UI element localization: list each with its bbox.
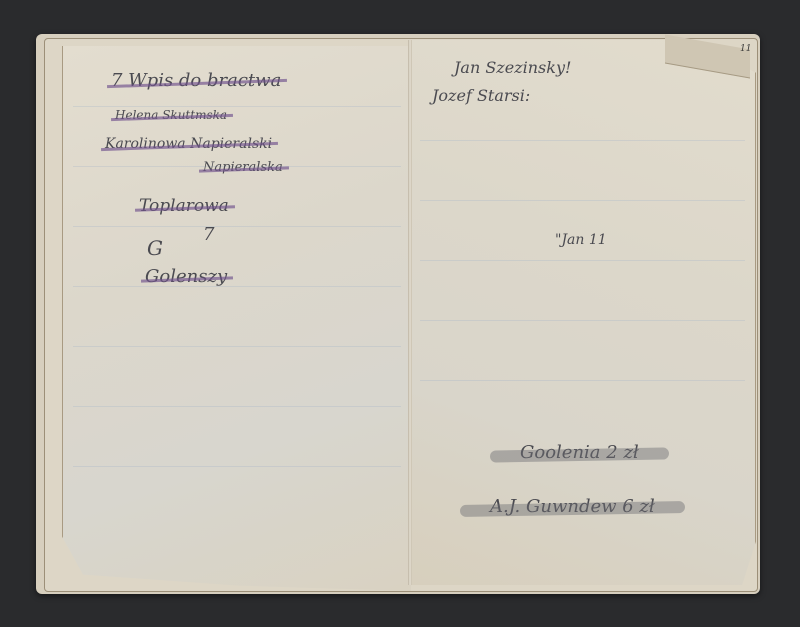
handwritten-line: "Jan 11: [555, 232, 607, 248]
handwritten-line: 7 Wpis do bractwa: [111, 70, 281, 91]
handwritten-line: Karolinowa Napieralski: [105, 136, 272, 152]
handwritten-line: Jozef Starsi:: [432, 86, 530, 105]
handwritten-line: A.J. Guwndew 6 zł: [490, 496, 655, 517]
handwritten-line: Helena Skuttmska: [115, 108, 227, 122]
page-number: 11: [740, 44, 751, 54]
handwritten-line: Goolenia 2 zł: [520, 442, 639, 463]
handwritten-line: Golenszy: [145, 266, 227, 287]
right-page: Jan Szezinsky! Jozef Starsi: "Jan 11 Goo…: [410, 40, 756, 585]
handwritten-line: Napieralska: [203, 160, 283, 175]
handwritten-line: 7: [203, 224, 214, 245]
book-spine-fold: [408, 40, 412, 585]
handwritten-line: G: [147, 236, 163, 260]
left-page: 7 Wpis do bractwa Helena Skuttmska Karol…: [62, 46, 411, 591]
handwritten-line: Jan Szezinsky!: [454, 58, 571, 77]
handwritten-line: Toplarowa: [139, 196, 229, 216]
